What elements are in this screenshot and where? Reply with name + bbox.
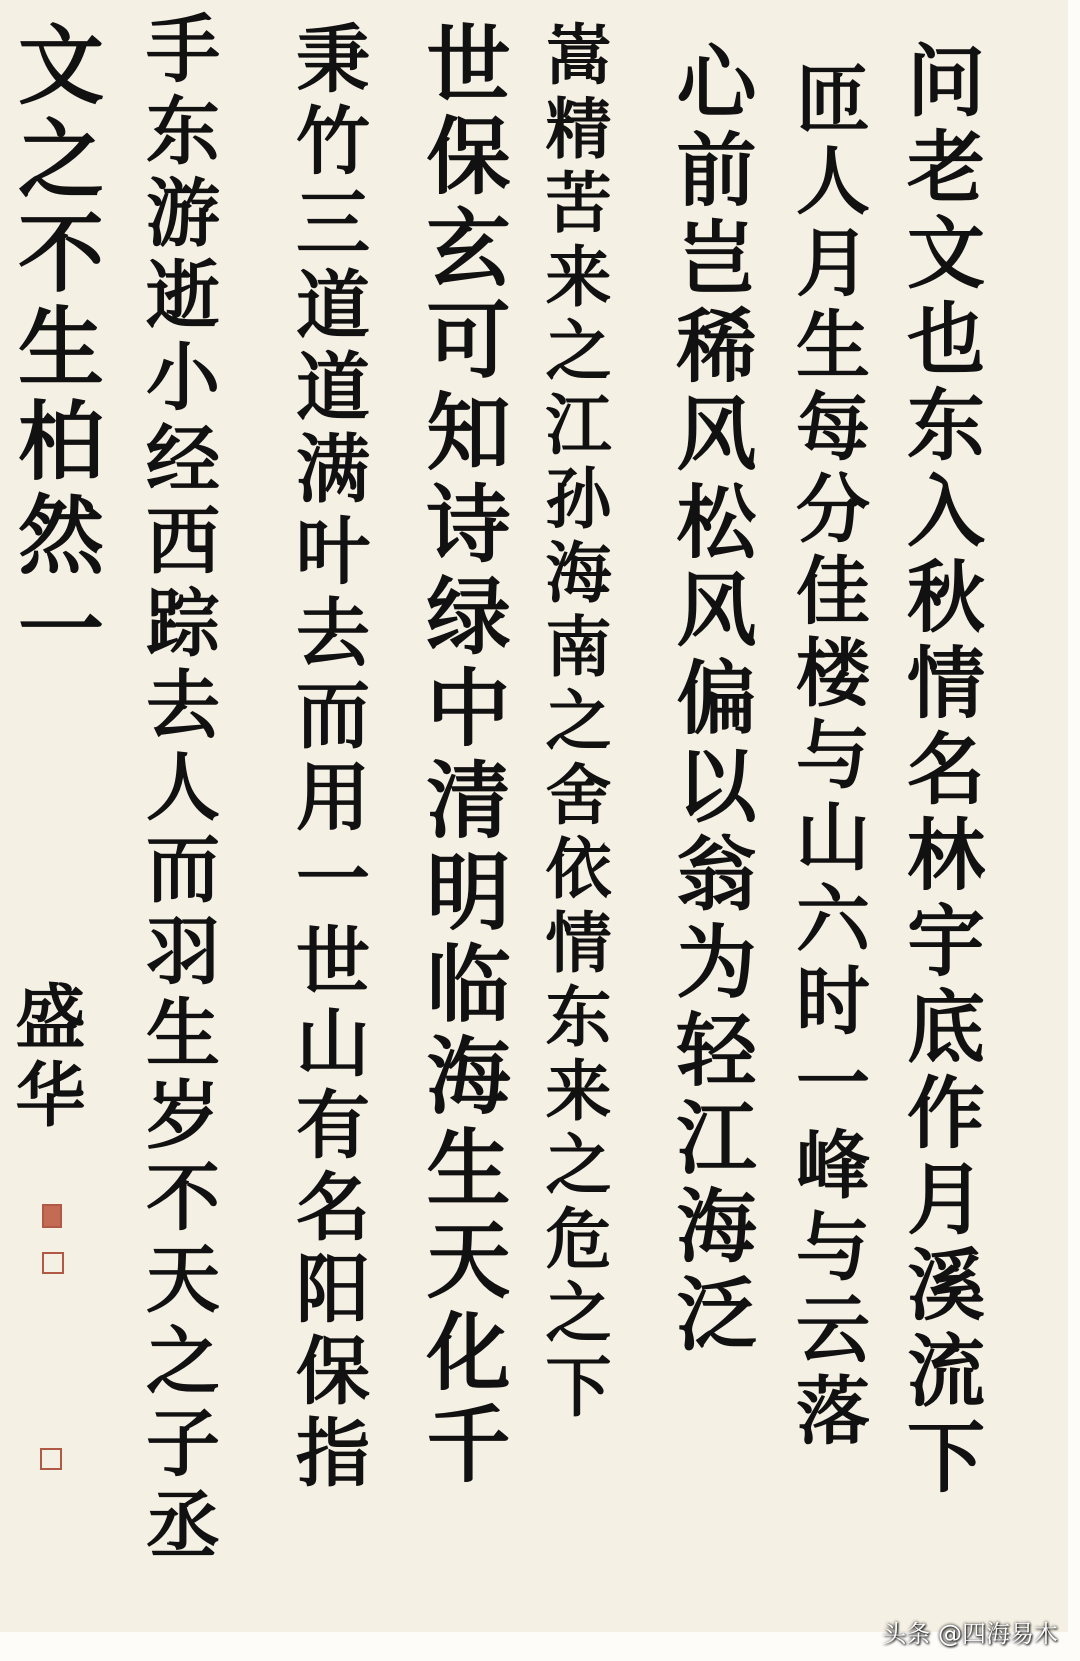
calligraphy-column-4: 嵩精苦来之江孙海南之舍依情东来之危之下: [540, 20, 606, 1426]
calligraphy-column-3: 心前岂稀风松风偏以翁为轻江海泛: [670, 40, 750, 1360]
seal-icon-3: [40, 1448, 62, 1470]
calligraphy-column-2: 匝人月生每分佳楼与山六时一峰与云落: [790, 60, 864, 1454]
signature: 盛华: [10, 980, 80, 1136]
seal-icon-1: [42, 1204, 62, 1228]
calligraphy-paper: 问老文也东入秋情名林宇底作月溪流下 匝人月生每分佳楼与山六时一峰与云落 心前岂稀…: [0, 0, 1068, 1632]
calligraphy-column-5: 世保玄可知诗绿中清明临海生天化千: [420, 20, 504, 1492]
calligraphy-column-1: 问老文也东入秋情名林宇底作月溪流下: [900, 40, 978, 1502]
calligraphy-column-7: 手东游逝小经西踪去人而羽生岁不天之子丞: [140, 10, 214, 1568]
calligraphy-column-6: 秉竹三道道满叶去而用一世山有名阳保指: [290, 20, 364, 1496]
watermark: 头条 @四海易木: [882, 1614, 1058, 1649]
seal-icon-2: [42, 1252, 64, 1274]
calligraphy-column-8: 文之不生柏然一: [10, 20, 96, 678]
